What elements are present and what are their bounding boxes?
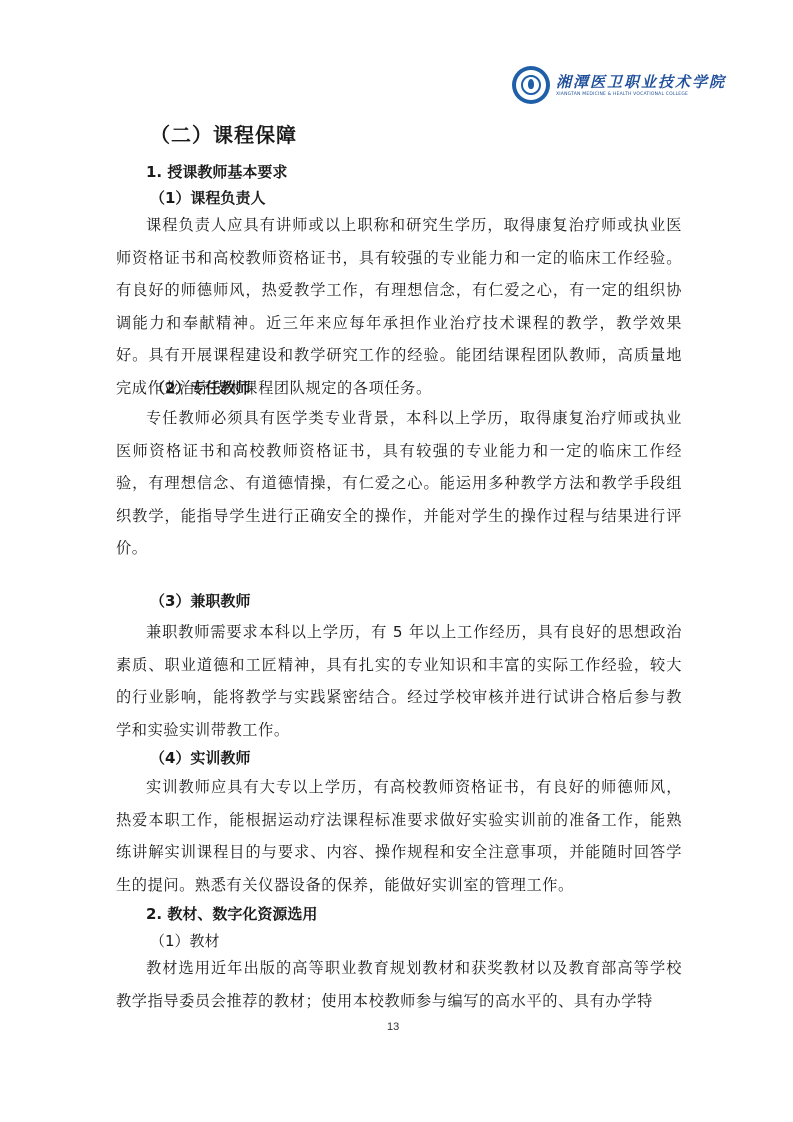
college-name-cn: 湘潭医卫职业技术学院: [556, 73, 726, 91]
subsection-title-teachers: 1. 授课教师基本要求: [146, 161, 287, 182]
heading-course-leader: （1）课程负责人: [150, 187, 265, 208]
heading-parttime-teacher: （3）兼职教师: [150, 590, 250, 611]
heading-training-teacher: （4）实训教师: [150, 747, 250, 768]
paragraph-fulltime-teacher: 专任教师必须具有医学类专业背景，本科以上学历，取得康复治疗师或执业医师资格证书和…: [116, 402, 682, 565]
section-title: （二）课程保障: [150, 119, 297, 148]
paragraph-parttime-teacher: 兼职教师需要求本科以上学历，有 5 年以上工作经历，具有良好的思想政治素质、职业…: [116, 616, 682, 746]
college-logo: 湘潭医卫职业技术学院 XIANGTAN MEDICINE & HEALTH VO…: [512, 66, 726, 104]
paragraph-course-leader: 课程负责人应具有讲师或以上职称和研究生学历，取得康复治疗师或执业医师资格证书和高…: [116, 209, 682, 404]
page-number: 13: [387, 1021, 399, 1033]
paragraph-training-teacher: 实训教师应具有大专以上学历，有高校教师资格证书，有良好的师德师风，热爱本职工作，…: [116, 771, 682, 901]
heading-textbooks: （1）教材: [150, 930, 220, 951]
college-name-en: XIANGTAN MEDICINE & HEALTH VOCATIONAL CO…: [556, 91, 726, 98]
heading-fulltime-teacher: （2）专任教师: [150, 377, 250, 398]
paragraph-textbooks: 教材选用近年出版的高等职业教育规划教材和获奖教材以及教育部高等学校教学指导委员会…: [116, 952, 682, 1017]
subsection-title-materials: 2. 教材、数字化资源选用: [146, 903, 317, 924]
college-emblem-icon: [512, 66, 550, 104]
